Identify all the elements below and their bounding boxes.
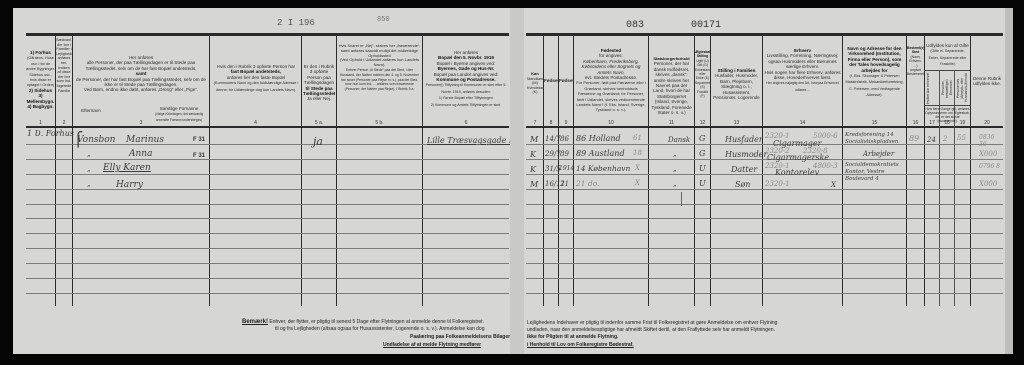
row-2-birthday: 29/7 bbox=[545, 150, 561, 158]
column-header-5b: Hvis Svaret er „Nej“, skrives her „fravæ… bbox=[338, 44, 421, 92]
column-header-4: Hvis den i Rubrik 3 opførte Person har f… bbox=[213, 64, 299, 93]
row-1-col18: 2 bbox=[943, 135, 947, 143]
left-footer-line-2: til og fra Lejligheden (altsaa ogsaa for… bbox=[275, 326, 484, 333]
row-1-citizenship: Dansk bbox=[668, 136, 690, 144]
row-1-givenname: Marinus bbox=[126, 135, 164, 145]
row-4-citizenship: „ bbox=[673, 180, 677, 188]
row-3-surname: „ bbox=[87, 165, 91, 173]
right-footer-line-4: i Henhold til Lov om Folkeregistre Bødes… bbox=[527, 342, 634, 349]
column-group-header-17-19: Udfyldes kun af Gifte (Gifte el. Separer… bbox=[925, 43, 970, 68]
row-1-sex: M bbox=[530, 135, 538, 144]
row-3-birthplace-code: X bbox=[635, 164, 640, 172]
column-header-20: Denne Rubrik udfyldes ikke. bbox=[972, 76, 1002, 87]
row-2-birthplace: 89 Austland bbox=[576, 149, 625, 158]
row-1-birthplace: 86 Holland bbox=[576, 134, 621, 143]
column-header-14: Erhverv Livsstilling, Forretning, Næring… bbox=[764, 48, 841, 93]
column-number-9: 9 bbox=[559, 120, 573, 126]
column-header-9: Fødselsaar bbox=[559, 78, 573, 83]
left-footer-line-1: Bemærk! Enhver, der flytter, er pligtig … bbox=[242, 319, 484, 326]
row-3-givenname: Elly Karen bbox=[103, 163, 151, 173]
row-4-birthplace-code: X bbox=[635, 179, 640, 187]
column-header-3-surname: Efternavn bbox=[81, 108, 131, 113]
column-header-10: Fødested for angives: København, Frederi… bbox=[575, 48, 647, 113]
row-1-family-role: Husfader bbox=[725, 135, 763, 144]
row-3-col20: 0796 8 bbox=[979, 163, 1001, 170]
column-number-2: 2 bbox=[56, 120, 72, 126]
row-3-birthplace: 14 København bbox=[576, 164, 630, 173]
column-header-2: Sædvanl. der bor i Familier i Lejlighede… bbox=[56, 38, 72, 93]
column-number-12: 12 bbox=[695, 120, 710, 126]
column-header-6: Her anføres Bopæl den 5. Novbr. 1919 Bop… bbox=[425, 50, 507, 108]
row-4-surname: „ bbox=[87, 180, 91, 188]
row-2-family-role: Husmoder bbox=[725, 150, 767, 159]
column-header-16: Bestemt(e) Sted (Navn; Erhverv. ...) ang… bbox=[907, 46, 924, 77]
column-number-6: 6 bbox=[423, 120, 509, 126]
column-header-19: Personernes (Arbejds- eller Husstands-)f… bbox=[956, 72, 968, 104]
row-3-citizenship: „ bbox=[673, 165, 677, 173]
row-1-col16: 89 bbox=[909, 134, 919, 143]
column-number-5a: 5 a. bbox=[302, 120, 336, 126]
column-number-5b: 5 b. bbox=[337, 120, 422, 126]
row-1-surname: Vonsbon bbox=[77, 135, 115, 145]
row-2-sex-age: F 31 bbox=[193, 153, 205, 159]
column-header-3: Her anføres alle Personer, der paa Tælli… bbox=[75, 55, 207, 93]
row-4-col20: X000 bbox=[979, 180, 997, 188]
row-2-col20: X000 bbox=[979, 150, 997, 158]
right-footer-line-2: undladen, naar den anmeldelsespligtige h… bbox=[527, 327, 775, 334]
row-2-marital: G bbox=[699, 149, 705, 158]
row-4-birthyear: 21 bbox=[560, 180, 569, 188]
column-header-5a: Er den i Rubrik 3 opførte Person paa Tæl… bbox=[303, 64, 335, 102]
row-1-building: 1 Ʋ. Forhus bbox=[27, 129, 74, 138]
column-number-18: 18 bbox=[940, 120, 954, 126]
column-number-13: 13 bbox=[711, 120, 762, 126]
row-3-marital: U bbox=[699, 164, 706, 173]
row-4-occupation-code: 2320-1 bbox=[765, 180, 790, 188]
row-1-marital: G bbox=[699, 134, 705, 143]
row-1-address-1919: Lille Træsvagsgade 5 I bbox=[427, 136, 520, 145]
column-number-10: 10 bbox=[574, 120, 648, 126]
column-number-8: 8 bbox=[544, 120, 558, 126]
row-3-occupation: Kontorelev bbox=[775, 168, 819, 177]
row-1-present: ja bbox=[313, 135, 323, 148]
column-number-17: 17 bbox=[925, 120, 939, 126]
page-stamp-right-1: 083 bbox=[626, 20, 644, 31]
row-1-employer: Kredsforening 14 Socialistiskpladsen bbox=[845, 132, 905, 146]
column-header-17: Hvilket Aar erhvervet bbox=[926, 72, 938, 104]
row-4-marital: U bbox=[699, 179, 706, 188]
column-number-20: 20 bbox=[971, 120, 1003, 126]
bemaerk-label: Bemærk! bbox=[242, 319, 268, 325]
row-3-sex: K bbox=[530, 165, 536, 174]
column-number-14: 14 bbox=[763, 120, 842, 126]
left-footer-line-4: Undladelse af at melde Flytning medfører bbox=[383, 342, 481, 349]
column-number-7: 7 bbox=[527, 120, 543, 126]
row-1-birthyear: 86 bbox=[560, 135, 569, 143]
column-header-13: Stilling i Familien Husfader, Husmoder, … bbox=[712, 68, 761, 100]
column-number-3: 3 bbox=[73, 120, 209, 126]
right-footer-line-3: ikke for Pligten til at anmelde Flytning… bbox=[527, 334, 618, 341]
right-footer-line-1: Lejlighedens Indehaver er pligtig til in… bbox=[527, 320, 777, 327]
column-header-8: Fødselsdag bbox=[544, 78, 558, 83]
row-1-birthplace-code: 61 bbox=[633, 134, 642, 142]
row-2-birthplace-code: 18 bbox=[633, 149, 642, 157]
page-stamp-left-2: 850 bbox=[377, 16, 390, 24]
page-edge bbox=[1005, 8, 1013, 354]
left-footer-line-3: Paalæring paa Folkeanmeldelsens Bilager bbox=[410, 334, 510, 341]
row-1-col17: 24 bbox=[927, 136, 936, 144]
row-3-birthyear: 1914 bbox=[559, 165, 574, 172]
row-2-occupation: Cigarmagerske bbox=[767, 153, 829, 162]
column-header-18: Personer, beskæftiget i Erhvervet bbox=[941, 72, 953, 104]
row-1-sex-age: F 31 bbox=[193, 137, 205, 143]
row-3-employer: Socialdemokratiets Kontor, Vestre Boulev… bbox=[845, 162, 905, 183]
column-header-15: Navn og Adresse for den Virksomhed (Inst… bbox=[844, 46, 905, 99]
column-header-7: Køn Mandkøn (M) Kvindekøn (K) bbox=[527, 72, 543, 95]
column-number-11: 11 bbox=[649, 120, 694, 126]
row-2-surname: „ bbox=[87, 150, 91, 158]
census-sheet: 2 I 196 850 083 00171 1) Forhus (Gårdens… bbox=[13, 8, 1013, 354]
column-number-1: 1 bbox=[26, 120, 55, 126]
column-number-15: 15 bbox=[843, 120, 906, 126]
ditto-stroke bbox=[681, 192, 682, 206]
column-header-12: Ægteskabelig Stilling Ugift (U) Gift (G)… bbox=[695, 50, 710, 98]
row-1-col19: 55 bbox=[957, 134, 966, 142]
page-stamp-left: 2 I 196 bbox=[277, 18, 315, 28]
column-number-4: 4 bbox=[210, 120, 301, 126]
column-number-19: 19 bbox=[955, 120, 970, 126]
row-3-family-role: Datter bbox=[731, 165, 757, 174]
row-2-sex: K bbox=[530, 150, 536, 159]
column-header-1: 1) Forhus (Gårdens, Huse osv. i for de a… bbox=[26, 50, 55, 109]
row-2-employer: Arbejder bbox=[863, 150, 894, 158]
page-stamp-right-2: 00171 bbox=[691, 20, 721, 31]
column-header-11: Statsborgerforhold Personer, der har dan… bbox=[650, 56, 693, 115]
row-1-col20: 0836 36 bbox=[979, 134, 1001, 148]
row-1-birthday: 14/7 bbox=[545, 135, 561, 143]
row-2-birthyear: 89 bbox=[560, 150, 569, 158]
row-2-givenname: Anna bbox=[129, 149, 152, 159]
column-number-16: 16 bbox=[907, 120, 924, 126]
row-4-family-role: Søn bbox=[735, 180, 750, 189]
row-2-citizenship: „ bbox=[673, 150, 677, 158]
row-4-sex: M bbox=[530, 180, 538, 189]
row-4-givenname: Harry bbox=[116, 180, 143, 190]
page-gutter bbox=[510, 8, 524, 354]
row-4-birthplace: 21 do. bbox=[576, 179, 600, 188]
row-4-employer: X bbox=[831, 181, 836, 189]
